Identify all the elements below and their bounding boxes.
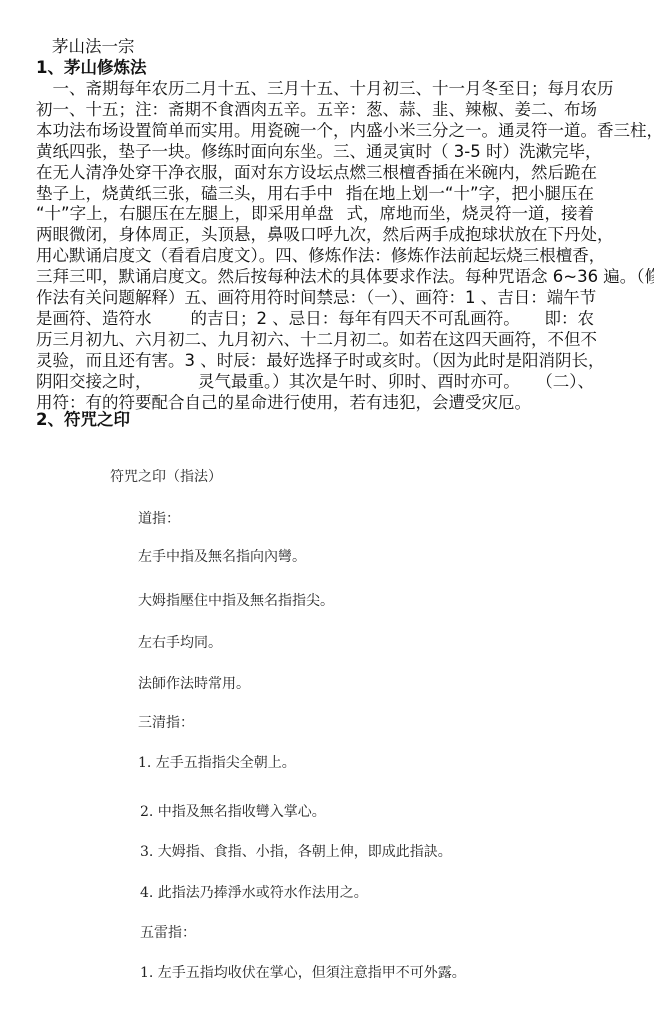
text-segment: “十”字上，右腿压在左腿上，即采用单盘: [36, 203, 334, 224]
text-segment: 四、修炼作法：修炼作法前起坛烧三根檀香，: [275, 245, 605, 266]
paragraph-line: 一、斋期每年农历二月十五、三月十五、十月初三、十一月冬至日；每月农历: [36, 78, 594, 99]
text-segment: 历: [597, 78, 614, 99]
san-qing-zhi-item: 1. 左手五指指尖全朝上。: [138, 752, 296, 772]
san-qing-zhi-item: 2. 中指及無名指收彎入掌心。: [140, 801, 326, 821]
text-segment: 一、斋期每年农历二月十五、三月十五、十月初三、十一月冬至日；每月农: [36, 78, 597, 99]
paragraph-line: 灵验，而且还有害。3 、时辰：最好选择子时或亥时。（因为此时是阳消阴长，: [36, 350, 594, 371]
text-segment: 在无人清净处穿干净衣服，面对东方设: [36, 162, 317, 183]
text-segment: 五、画符用符时间禁忌：（一）、画符：1 、吉日：端午节: [185, 287, 597, 308]
text-segment: 作法有关问题解释）: [36, 287, 185, 308]
san-qing-zhi-item: 3. 大姆指、食指、小指，各朝上伸，即成此指訣。: [140, 841, 452, 861]
text-segment: 式，席地而坐，烧灵符一道，接着: [347, 203, 595, 224]
san-qing-zhi-label: 三清指：: [138, 712, 194, 732]
document-title: 茅山法一宗: [52, 36, 135, 57]
text-segment: 两眼微闭，身体周正，头顶悬，鼻吸口呼九次，: [36, 224, 383, 245]
wu-lei-zhi-label: 五雷指：: [140, 922, 196, 942]
subtitle: 符咒之印（指法）: [110, 466, 222, 486]
san-qing-zhi-item: 4. 此指法乃捧淨水或符水作法用之。: [140, 882, 368, 902]
paragraph-line: 作法有关问题解释）五、画符用符时间禁忌：（一）、画符：1 、吉日：端午节: [36, 287, 594, 308]
paragraph-line: 阴阳交接之时，灵气最重。）其次是午时、卯时、酉时亦可。 （二）、: [36, 371, 594, 392]
text-segment: 的吉日；2 、忌日：每年有四天不可乱画符。 即：农: [191, 308, 595, 329]
dao-zhi-item: 法師作法時常用。: [138, 673, 250, 693]
text-segment: 指在地上划一“十”字，把小腿压在: [346, 183, 594, 204]
paragraph-line: 在无人清净处穿干净衣服，面对东方设坛点燃三根檀香插在米碗内，然后跪在: [36, 162, 594, 183]
paragraph-line: 初一、十五；注：斋期不食酒肉五辛。五辛：葱、蒜、韭、辣椒、姜二、布场: [36, 99, 594, 120]
text-segment: 初一、十五；注：斋期不食酒肉五辛。五辛：葱、蒜、韭、辣椒、姜: [36, 99, 531, 120]
section-heading-2: 2、符咒之印: [36, 409, 130, 430]
text-segment: 三、通灵寅时（ 3-5 时）洗漱完毕，: [333, 141, 601, 162]
text-segment: 历三月初九、六月初二、九月初六、十二月初二。: [36, 329, 399, 350]
paragraph-line: 是画符、造符水的吉日；2 、忌日：每年有四天不可乱画符。 即：农: [36, 308, 594, 329]
text-segment: 是画符、造符水: [36, 308, 152, 329]
paragraph-line: 两眼微闭，身体周正，头顶悬，鼻吸口呼九次，然后两手成抱球状放在下丹处，: [36, 224, 594, 245]
paragraph-line: 垫子上，烧黄纸三张，磕三头，用右手中指在地上划一“十”字，把小腿压在: [36, 183, 594, 204]
dao-zhi-label: 道指：: [138, 508, 180, 528]
dao-zhi-item: 左手中指及無名指向內彎。: [138, 546, 306, 566]
text-segment: 灵验，而且还有害。: [36, 350, 185, 371]
text-segment: 灵气最重。）其次是午时、卯时、酉时亦可。 （二）、: [198, 371, 594, 392]
paragraph-line: 黄纸四张，垫子一块。修练时面向东坐。三、通灵寅时（ 3-5 时）洗漱完毕，: [36, 141, 594, 162]
paragraph-line: 三拜三叩，默诵启度文。然后按每种法术的具体要求作法。每种咒语念 6~36 遍。（…: [36, 266, 594, 287]
wu-lei-zhi-item: 1. 左手五指均收伏在掌心，但須注意指甲不可外露。: [140, 962, 466, 982]
dao-zhi-item: 大姆指壓住中指及無名指指尖。: [138, 590, 334, 610]
text-segment: 3 、时辰：最好选择子时或亥时。（因为此时是阳消阴长，: [185, 350, 605, 371]
section-heading-1: 1、茅山修炼法: [36, 57, 146, 78]
text-segment: 黄纸四张，垫子一块。修练时面向东坐。: [36, 141, 333, 162]
paragraph-line: 本功法布场设置简单而实用。用瓷碗一个，内盛小米三分之一。通灵符一道。香三柱，: [36, 120, 594, 141]
text-segment: 如若在这四天画符，不但不: [399, 329, 597, 350]
text-segment: 三拜三叩，默诵启度文。然后按每种法术的具体要求作法。每种咒语念 6~36 遍。（…: [36, 266, 654, 287]
text-segment: 坛点燃三根檀香插在米碗内，然后跪在: [317, 162, 598, 183]
paragraph-line: 历三月初九、六月初二、九月初六、十二月初二。如若在这四天画符，不但不: [36, 329, 594, 350]
paragraph-line: 用心默诵启度文（看看启度文）。四、修炼作法：修炼作法前起坛烧三根檀香，: [36, 245, 594, 266]
text-segment: 用心默诵启度文（看看启度文）。: [36, 245, 275, 266]
text-segment: 本功法布场设置简单而实用。用瓷碗一个，内盛小米三分之一。通灵符一道。香三柱，: [36, 120, 654, 141]
text-segment: 垫子上，烧黄纸三张，磕三头，用右手中: [36, 183, 333, 204]
dao-zhi-item: 左右手均同。: [138, 632, 222, 652]
text-segment: 阴阳交接之时，: [36, 371, 152, 392]
text-segment: 二、布场: [531, 99, 597, 120]
text-segment: 然后两手成抱球状放在下丹处，: [383, 224, 614, 245]
paragraph-line: “十”字上，右腿压在左腿上，即采用单盘式，席地而坐，烧灵符一道，接着: [36, 203, 594, 224]
